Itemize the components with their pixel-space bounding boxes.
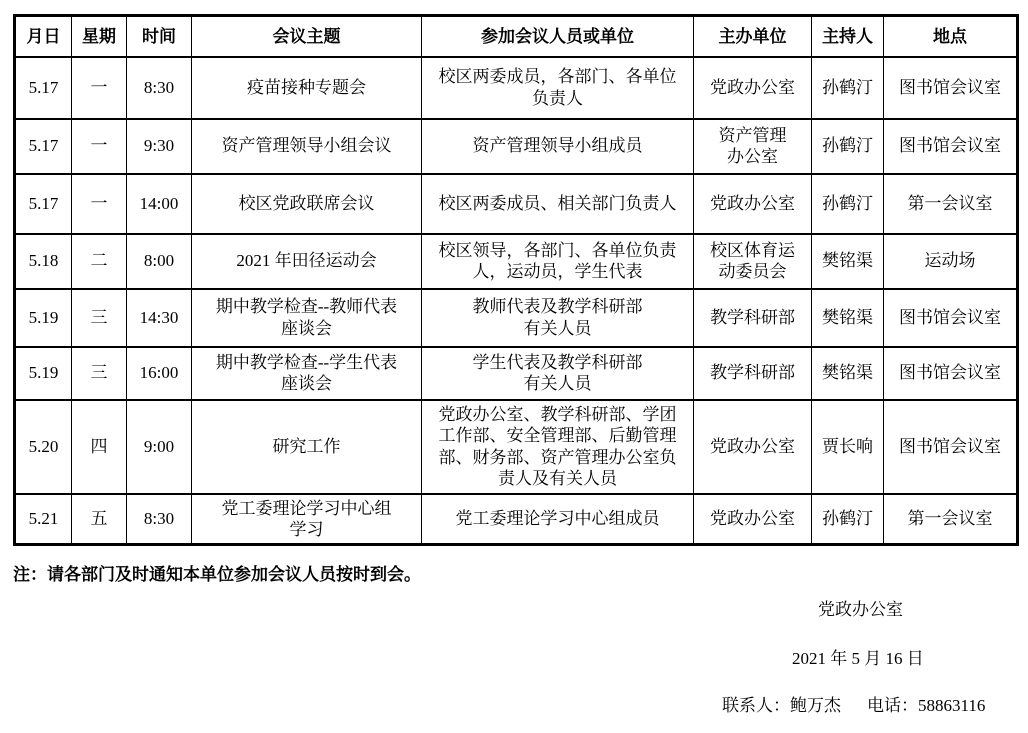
cell-host: 樊铭渠 bbox=[812, 234, 884, 289]
cell-participants: 教师代表及教学科研部 有关人员 bbox=[422, 289, 694, 347]
cell-host: 孙鹤汀 bbox=[812, 494, 884, 545]
cell-subject: 期中教学检查--教师代表 座谈会 bbox=[192, 289, 422, 347]
cell-subject: 2021 年田径运动会 bbox=[192, 234, 422, 289]
header-row: 月日 星期 时间 会议主题 参加会议人员或单位 主办单位 主持人 地点 bbox=[15, 16, 1018, 57]
cell-participants: 党工委理论学习中心组成员 bbox=[422, 494, 694, 545]
cell-time: 9:30 bbox=[127, 119, 192, 174]
cell-host: 樊铭渠 bbox=[812, 347, 884, 400]
cell-host: 孙鹤汀 bbox=[812, 57, 884, 119]
cell-date: 5.17 bbox=[15, 119, 72, 174]
cell-host: 樊铭渠 bbox=[812, 289, 884, 347]
table-row: 5.17 一 14:00 校区党政联席会议 校区两委成员、相关部门负责人 党政办… bbox=[15, 174, 1018, 234]
cell-organizer: 资产管理 办公室 bbox=[694, 119, 812, 174]
cell-location: 图书馆会议室 bbox=[884, 119, 1018, 174]
cell-weekday: 四 bbox=[72, 400, 127, 494]
cell-participants: 学生代表及教学科研部 有关人员 bbox=[422, 347, 694, 400]
table-row: 5.20 四 9:00 研究工作 党政办公室、教学科研部、学团 工作部、安全管理… bbox=[15, 400, 1018, 494]
table-row: 5.19 三 14:30 期中教学检查--教师代表 座谈会 教师代表及教学科研部… bbox=[15, 289, 1018, 347]
cell-organizer: 教学科研部 bbox=[694, 347, 812, 400]
cell-organizer: 党政办公室 bbox=[694, 57, 812, 119]
cell-participants: 校区两委成员，各部门、各单位 负责人 bbox=[422, 57, 694, 119]
cell-subject: 资产管理领导小组会议 bbox=[192, 119, 422, 174]
cell-participants: 校区两委成员、相关部门负责人 bbox=[422, 174, 694, 234]
header-weekday: 星期 bbox=[72, 16, 127, 57]
signature-date: 2021 年 5 月 16 日 bbox=[792, 644, 924, 669]
cell-subject: 研究工作 bbox=[192, 400, 422, 494]
cell-organizer: 党政办公室 bbox=[694, 494, 812, 545]
cell-host: 贾长响 bbox=[812, 400, 884, 494]
cell-organizer: 校区体育运 动委员会 bbox=[694, 234, 812, 289]
cell-organizer: 党政办公室 bbox=[694, 400, 812, 494]
cell-location: 运动场 bbox=[884, 234, 1018, 289]
cell-participants: 党政办公室、教学科研部、学团 工作部、安全管理部、后勤管理 部、财务部、资产管理… bbox=[422, 400, 694, 494]
document-page: 月日 星期 时间 会议主题 参加会议人员或单位 主办单位 主持人 地点 5.17… bbox=[0, 0, 1028, 733]
cell-weekday: 一 bbox=[72, 57, 127, 119]
header-date: 月日 bbox=[15, 16, 72, 57]
cell-time: 8:30 bbox=[127, 494, 192, 545]
header-subject: 会议主题 bbox=[192, 16, 422, 57]
cell-date: 5.17 bbox=[15, 57, 72, 119]
cell-location: 图书馆会议室 bbox=[884, 400, 1018, 494]
cell-date: 5.19 bbox=[15, 289, 72, 347]
cell-date: 5.17 bbox=[15, 174, 72, 234]
contact-line: 联系人：鲍万杰电话：58863116 bbox=[722, 691, 985, 716]
cell-date: 5.21 bbox=[15, 494, 72, 545]
contact-phone: 电话：58863116 bbox=[867, 696, 985, 715]
header-host: 主持人 bbox=[812, 16, 884, 57]
table-row: 5.17 一 9:30 资产管理领导小组会议 资产管理领导小组成员 资产管理 办… bbox=[15, 119, 1018, 174]
contact-person: 联系人：鲍万杰 bbox=[722, 696, 841, 715]
cell-location: 第一会议室 bbox=[884, 494, 1018, 545]
cell-location: 第一会议室 bbox=[884, 174, 1018, 234]
cell-organizer: 教学科研部 bbox=[694, 289, 812, 347]
table-row: 5.18 二 8:00 2021 年田径运动会 校区领导，各部门、各单位负责 人… bbox=[15, 234, 1018, 289]
cell-weekday: 一 bbox=[72, 174, 127, 234]
table-row: 5.17 一 8:30 疫苗接种专题会 校区两委成员，各部门、各单位 负责人 党… bbox=[15, 57, 1018, 119]
cell-time: 9:00 bbox=[127, 400, 192, 494]
cell-subject: 党工委理论学习中心组 学习 bbox=[192, 494, 422, 545]
table-row: 5.19 三 16:00 期中教学检查--学生代表 座谈会 学生代表及教学科研部… bbox=[15, 347, 1018, 400]
cell-date: 5.19 bbox=[15, 347, 72, 400]
header-time: 时间 bbox=[127, 16, 192, 57]
cell-time: 8:00 bbox=[127, 234, 192, 289]
meeting-schedule-table: 月日 星期 时间 会议主题 参加会议人员或单位 主办单位 主持人 地点 5.17… bbox=[13, 14, 1019, 546]
cell-location: 图书馆会议室 bbox=[884, 57, 1018, 119]
cell-time: 14:00 bbox=[127, 174, 192, 234]
cell-organizer: 党政办公室 bbox=[694, 174, 812, 234]
cell-participants: 资产管理领导小组成员 bbox=[422, 119, 694, 174]
cell-weekday: 一 bbox=[72, 119, 127, 174]
cell-host: 孙鹤汀 bbox=[812, 174, 884, 234]
cell-weekday: 三 bbox=[72, 289, 127, 347]
cell-host: 孙鹤汀 bbox=[812, 119, 884, 174]
cell-weekday: 五 bbox=[72, 494, 127, 545]
signature-office: 党政办公室 bbox=[818, 595, 903, 620]
table-row: 5.21 五 8:30 党工委理论学习中心组 学习 党工委理论学习中心组成员 党… bbox=[15, 494, 1018, 545]
cell-subject: 疫苗接种专题会 bbox=[192, 57, 422, 119]
cell-time: 8:30 bbox=[127, 57, 192, 119]
cell-weekday: 二 bbox=[72, 234, 127, 289]
cell-date: 5.20 bbox=[15, 400, 72, 494]
cell-time: 16:00 bbox=[127, 347, 192, 400]
cell-date: 5.18 bbox=[15, 234, 72, 289]
cell-weekday: 三 bbox=[72, 347, 127, 400]
cell-participants: 校区领导，各部门、各单位负责 人，运动员，学生代表 bbox=[422, 234, 694, 289]
header-participants: 参加会议人员或单位 bbox=[422, 16, 694, 57]
cell-time: 14:30 bbox=[127, 289, 192, 347]
cell-location: 图书馆会议室 bbox=[884, 347, 1018, 400]
note-text: 注：请各部门及时通知本单位参加会议人员按时到会。 bbox=[13, 560, 421, 585]
cell-location: 图书馆会议室 bbox=[884, 289, 1018, 347]
header-location: 地点 bbox=[884, 16, 1018, 57]
cell-subject: 期中教学检查--学生代表 座谈会 bbox=[192, 347, 422, 400]
cell-subject: 校区党政联席会议 bbox=[192, 174, 422, 234]
header-organizer: 主办单位 bbox=[694, 16, 812, 57]
